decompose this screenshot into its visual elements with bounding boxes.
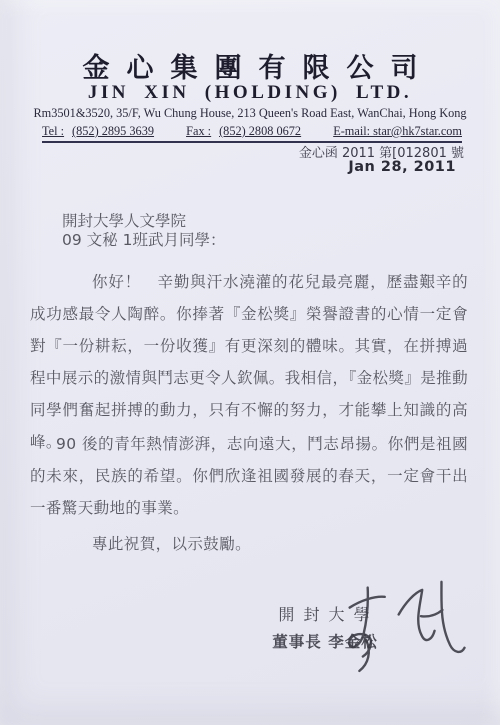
company-address: Rm3501&3520, 35/F, Wu Chung House, 213 Q…: [0, 106, 500, 121]
fax: Fax :(852) 2808 0672: [186, 124, 301, 139]
telephone: Tel :(852) 2895 3639: [42, 124, 154, 139]
fax-label: Fax :: [186, 124, 211, 139]
tel-number: (852) 2895 3639: [72, 124, 154, 139]
contact-info-row: Tel :(852) 2895 3639 Fax :(852) 2808 067…: [42, 124, 462, 143]
letter-date: Jan 28, 2011: [348, 159, 456, 175]
handwritten-signature: [338, 576, 470, 678]
email-address: E-mail: star@hk7star.com: [333, 124, 462, 139]
scanned-letter-page: 金心集團有限公司 JIN XIN (HOLDING) LTD. Rm3501&3…: [0, 0, 500, 725]
company-name-english: JIN XIN (HOLDING) LTD.: [0, 82, 500, 104]
body-paragraph-2: 90 後的青年熱情澎湃，志向遠大，鬥志昂揚。你們是祖國的未來，民族的希望。你們欣…: [30, 428, 468, 524]
recipient-class-student: 09 文秘 1班武月同學：: [62, 231, 225, 250]
recipient-block: 開封大學人文學院 09 文秘 1班武月同學：: [62, 212, 225, 250]
tel-label: Tel :: [42, 124, 64, 139]
company-name-chinese: 金心集團有限公司: [0, 46, 500, 85]
fax-number: (852) 2808 0672: [219, 124, 301, 139]
recipient-institution: 開封大學人文學院: [62, 212, 225, 231]
closing-line: 專此祝賀，以示鼓勵。: [30, 528, 468, 560]
